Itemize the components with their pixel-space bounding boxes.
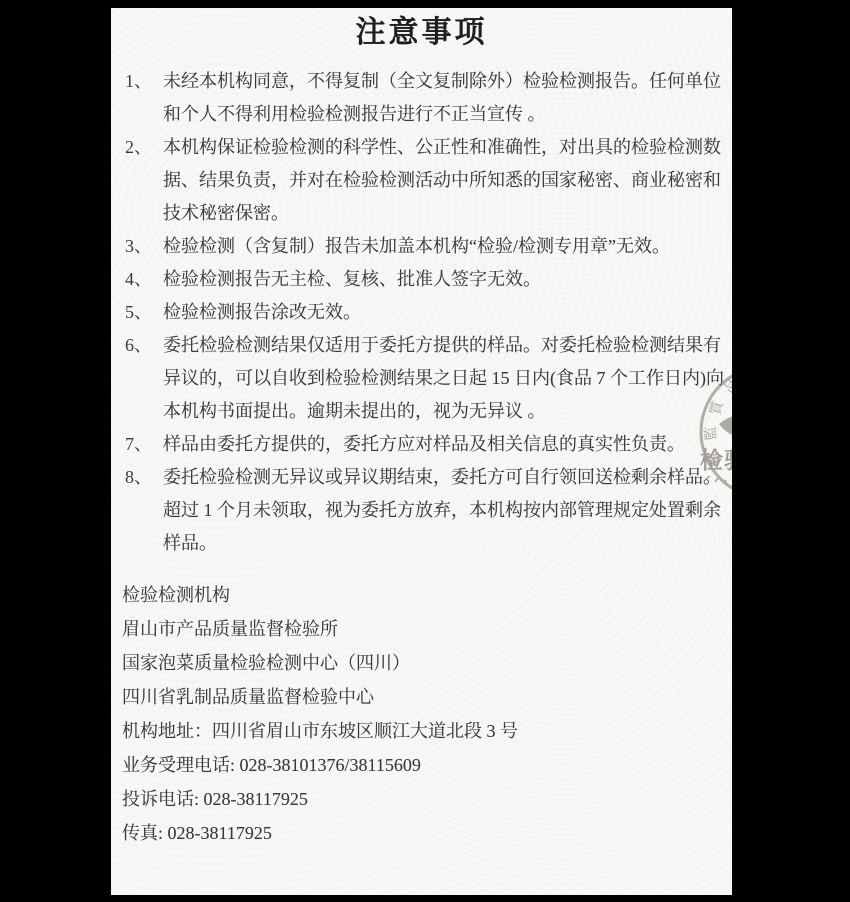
notice-item: 6、 委托检验检测结果仅适用于委托方提供的样品。对委托检验检测结果有 异议的，可…: [111, 329, 732, 428]
notice-item: 8、 委托检验检测无异议或异议期结束，委托方可自行领回送检剩余样品。 超过 1 …: [111, 461, 732, 560]
item-line: 检验检测报告涂改无效。: [163, 296, 732, 329]
item-line: 样品由委托方提供的，委托方应对样品及相关信息的真实性负责。: [163, 428, 732, 461]
item-number: 6、: [111, 329, 163, 428]
fax-number: 传真: 028-38117925: [122, 816, 732, 850]
item-line: 技术秘密保密。: [163, 197, 732, 230]
item-line: 据、结果负责，并对在检验检测活动中所知悉的国家秘密、商业秘密和: [163, 164, 732, 197]
official-seal-stamp-partial: 品 質 監 督 检验检: [687, 352, 732, 512]
item-line: 超过 1 个月未领取，视为委托方放弃，本机构按内部管理规定处置剩余: [163, 494, 732, 527]
notice-item: 1、 未经本机构同意，不得复制（全文复制除外）检验检测报告。任何单位 和个人不得…: [111, 65, 732, 131]
item-line: 委托检验检测无异议或异议期结束，委托方可自行领回送检剩余样品。: [163, 461, 732, 494]
item-line: 未经本机构同意，不得复制（全文复制除外）检验检测报告。任何单位: [163, 65, 732, 98]
item-number: 7、: [111, 428, 163, 461]
complaint-phone: 投诉电话: 028-38117925: [122, 782, 732, 816]
agency-address: 机构地址：四川省眉山市东坡区顺江大道北段 3 号: [122, 714, 732, 748]
stamp-star-fragment: [719, 416, 732, 437]
item-number: 3、: [111, 230, 163, 263]
notice-list: 1、 未经本机构同意，不得复制（全文复制除外）检验检测报告。任何单位 和个人不得…: [111, 65, 732, 560]
item-line: 和个人不得利用检验检测报告进行不正当宣传 。: [163, 98, 732, 131]
item-line: 委托检验检测结果仅适用于委托方提供的样品。对委托检验检测结果有: [163, 329, 732, 362]
item-number: 5、: [111, 296, 163, 329]
agency-name: 眉山市产品质量监督检验所: [122, 612, 732, 646]
item-number: 2、: [111, 131, 163, 230]
notice-item: 7、 样品由委托方提供的，委托方应对样品及相关信息的真实性负责。: [111, 428, 732, 461]
scanned-page: 注意事项 1、 未经本机构同意，不得复制（全文复制除外）检验检测报告。任何单位 …: [111, 8, 732, 895]
agency-heading: 检验检测机构: [122, 578, 732, 612]
stamp-band-text: 检验检: [700, 447, 732, 473]
item-line: 样品。: [163, 527, 732, 560]
item-line: 检验检测报告无主检、复核、批准人签字无效。: [163, 263, 732, 296]
item-number: 1、: [111, 65, 163, 131]
notice-item: 5、 检验检测报告涂改无效。: [111, 296, 732, 329]
stamp-arc-char: 監: [703, 426, 720, 441]
notice-item: 3、 检验检测（含复制）报告未加盖本机构“检验/检测专用章”无效。: [111, 230, 732, 263]
agency-name: 四川省乳制品质量监督检验中心: [122, 680, 732, 714]
item-number: 4、: [111, 263, 163, 296]
service-phone: 业务受理电话: 028-38101376/38115609: [122, 748, 732, 782]
item-line: 本机构保证检验检测的科学性、公正性和准确性，对出具的检验检测数: [163, 131, 732, 164]
agency-info-block: 检验检测机构 眉山市产品质量监督检验所 国家泡菜质量检验检测中心（四川） 四川省…: [111, 578, 732, 850]
item-number: 8、: [111, 461, 163, 560]
item-line: 异议的，可以自收到检验检测结果之日起 15 日内(食品 7 个工作日内)向: [163, 362, 732, 395]
agency-name: 国家泡菜质量检验检测中心（四川）: [122, 646, 732, 680]
notice-item: 4、 检验检测报告无主检、复核、批准人签字无效。: [111, 263, 732, 296]
item-line: 本机构书面提出。逾期未提出的，视为无异议 。: [163, 395, 732, 428]
notice-item: 2、 本机构保证检验检测的科学性、公正性和准确性，对出具的检验检测数 据、结果负…: [111, 131, 732, 230]
item-line: 检验检测（含复制）报告未加盖本机构“检验/检测专用章”无效。: [163, 230, 732, 263]
page-title: 注意事项: [111, 8, 732, 51]
